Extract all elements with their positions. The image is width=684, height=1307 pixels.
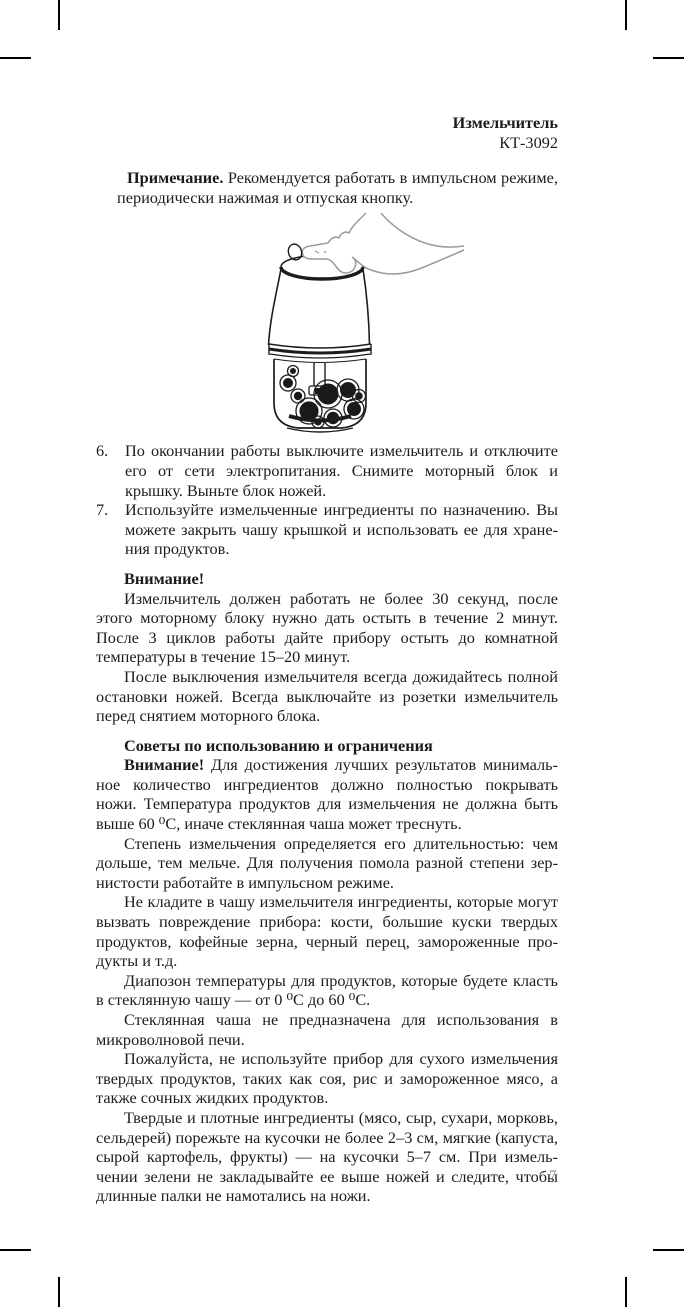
tips-warning-label: Внимание! xyxy=(124,755,204,774)
list-item-7: 7.Используйте измельченные ингредиенты п… xyxy=(96,500,558,559)
list-item-text: Используйте измельченные ингредиенты по … xyxy=(125,500,558,558)
page-header: Измельчитель КТ-3092 xyxy=(96,113,558,152)
chopper-illustration xyxy=(96,213,558,439)
warning-paragraph: Измельчитель должен работать не более 30… xyxy=(96,589,558,667)
crop-mark-top-right-v xyxy=(625,0,627,30)
tips-paragraph: Стеклянная чаша не предназначена для исп… xyxy=(96,1010,558,1049)
warning-heading: Внимание! xyxy=(96,569,558,589)
tips-paragraph: Не кладите в чашу измельчителя ингредиен… xyxy=(96,892,558,970)
note-paragraph: Примечание. Рекомендуется работать в имп… xyxy=(117,168,558,207)
crop-mark-bottom-right-v xyxy=(625,1277,627,1307)
crop-mark-top-left-h xyxy=(0,57,31,59)
crop-mark-top-right-h xyxy=(653,57,684,59)
crop-mark-bottom-left-v xyxy=(58,1277,60,1307)
tips-heading: Советы по использованию и ограничения xyxy=(96,736,558,756)
list-item-text: По окончании работы выключите измельчите… xyxy=(125,441,558,499)
crop-mark-bottom-right-h xyxy=(653,1249,684,1251)
list-item-number: 7. xyxy=(96,500,125,520)
product-title: Измельчитель xyxy=(96,113,558,133)
text-column: Измельчитель КТ-3092 Примечание. Рекомен… xyxy=(96,0,558,1206)
crop-mark-bottom-left-h xyxy=(0,1249,31,1251)
warning-paragraph: После выключения измельчителя всегда дож… xyxy=(96,667,558,726)
tips-paragraph: Степень измельчения определяется его дли… xyxy=(96,834,558,893)
chopper-hand-drawing xyxy=(235,213,465,439)
note-label: Примечание. xyxy=(127,168,223,187)
product-model: КТ-3092 xyxy=(96,133,558,153)
hand-icon xyxy=(302,213,464,274)
tips-paragraph: Пожалуйста, не используйте прибор для су… xyxy=(96,1049,558,1108)
crop-mark-top-left-v xyxy=(58,0,60,30)
manual-page: Измельчитель КТ-3092 Примечание. Рекомен… xyxy=(0,0,684,1307)
page-number: 7 xyxy=(549,1167,557,1187)
numbered-list: 6.По окончании работы выключите измельчи… xyxy=(96,441,558,559)
list-item-number: 6. xyxy=(96,441,125,461)
tips-paragraph: Диапозон температуры для продуктов, кото… xyxy=(96,971,558,1010)
list-item-6: 6.По окончании работы выключите измельчи… xyxy=(96,441,558,500)
tips-section: Советы по использованию и ограничения Вн… xyxy=(96,736,558,1206)
tips-paragraph: Твердые и плотные ингредиенты (мясо, сыр… xyxy=(96,1108,558,1206)
warning-section: Внимание! Измельчитель должен работать н… xyxy=(96,569,558,726)
tips-warning-paragraph: Внимание! Для достижения лучших результа… xyxy=(96,755,558,833)
